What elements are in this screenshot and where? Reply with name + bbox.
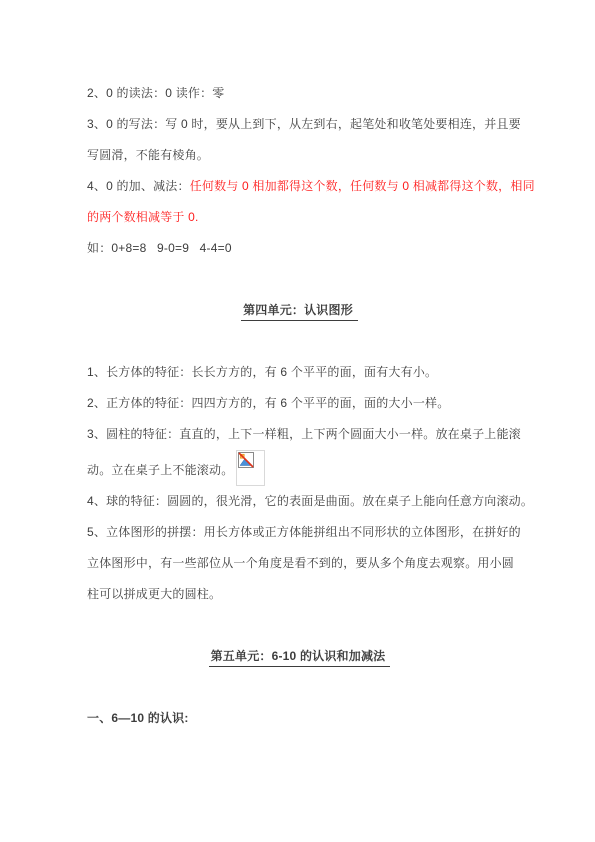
section-heading: 第四单元：认识图形 (87, 295, 512, 326)
section-heading-text: 第五单元：6-10 的认识和加减法 (209, 648, 391, 667)
line-text: 柱可以拼成更大的圆柱。 (87, 587, 221, 601)
body-text: 5、立体图形的拼摆：用长方体或正方体能拼组出不同形状的立体图形，在拼好的 (87, 525, 521, 539)
text-line: 柱可以拼成更大的圆柱。 (87, 579, 512, 610)
body-text: 动。立在桌子上不能滚动。 (87, 463, 233, 477)
body-text: 1、长方体的特征：长长方方的，有 6 个平平的面，面有大有小。 (87, 365, 437, 379)
line-text: 写圆滑，不能有棱角。 (87, 148, 209, 162)
text-line: 3、0 的写法：写 0 时，要从上到下，从左到右，起笔处和收笔处要相连，并且要 (87, 109, 512, 140)
body-text: 写圆滑，不能有棱角。 (87, 148, 209, 162)
document-body: 2、0 的读法：0 读作：零3、0 的写法：写 0 时，要从上到下，从左到右，起… (87, 78, 512, 734)
body-text: 4、球的特征：圆圆的，很光滑，它的表面是曲面。放在桌子上能向任意方向滚动。 (87, 494, 533, 508)
body-text: 3、0 的写法：写 0 时，要从上到下，从左到右，起笔处和收笔处要相连，并且要 (87, 117, 521, 131)
text-line: 动。立在桌子上不能滚动。 (87, 450, 512, 486)
line-text: 4、0 的加、减法：任何数与 0 相加都得这个数，任何数与 0 相减都得这个数，… (87, 179, 535, 193)
text-line: 立体图形中，有一些部位从一个角度是看不到的，要从多个角度去观察。用小圆 (87, 548, 512, 579)
line-text: 3、0 的写法：写 0 时，要从上到下，从左到右，起笔处和收笔处要相连，并且要 (87, 117, 521, 131)
line-text: 5、立体图形的拼摆：用长方体或正方体能拼组出不同形状的立体图形，在拼好的 (87, 525, 521, 539)
text-line: 2、正方体的特征：四四方方的，有 6 个平平的面，面的大小一样。 (87, 388, 512, 419)
text-line: 4、球的特征：圆圆的，很光滑，它的表面是曲面。放在桌子上能向任意方向滚动。 (87, 486, 512, 517)
line-text: 的两个数相减等于 0. (87, 210, 199, 224)
missing-image-placeholder (236, 450, 265, 486)
text-line: 的两个数相减等于 0. (87, 202, 512, 233)
text-line: 5、立体图形的拼摆：用长方体或正方体能拼组出不同形状的立体图形，在拼好的 (87, 517, 512, 548)
body-text: 柱可以拼成更大的圆柱。 (87, 587, 221, 601)
body-text: 如：0+8=8 9-0=9 4-4=0 (87, 241, 232, 255)
line-text: 立体图形中，有一些部位从一个角度是看不到的，要从多个角度去观察。用小圆 (87, 556, 514, 570)
text-line: 3、圆柱的特征：直直的，上下一样粗，上下两个圆面大小一样。放在桌子上能滚 (87, 419, 512, 450)
line-text: 动。立在桌子上不能滚动。 (87, 455, 233, 486)
document-page: 2、0 的读法：0 读作：零3、0 的写法：写 0 时，要从上到下，从左到右，起… (0, 0, 595, 842)
body-text: 立体图形中，有一些部位从一个角度是看不到的，要从多个角度去观察。用小圆 (87, 556, 514, 570)
line-text: 2、0 的读法：0 读作：零 (87, 86, 225, 100)
line-text: 一、6—10 的认识: (87, 711, 189, 725)
body-text: 2、正方体的特征：四四方方的，有 6 个平平的面，面的大小一样。 (87, 396, 449, 410)
line-text: 3、圆柱的特征：直直的，上下一样粗，上下两个圆面大小一样。放在桌子上能滚 (87, 427, 521, 441)
highlight-red-text: 的两个数相减等于 0. (87, 210, 199, 224)
text-line: 2、0 的读法：0 读作：零 (87, 78, 512, 109)
body-text: 4、0 的加、减法： (87, 179, 190, 193)
line-text: 2、正方体的特征：四四方方的，有 6 个平平的面，面的大小一样。 (87, 396, 449, 410)
text-line: 写圆滑，不能有棱角。 (87, 140, 512, 171)
broken-image-icon (238, 452, 254, 468)
line-text: 如：0+8=8 9-0=9 4-4=0 (87, 241, 232, 255)
highlight-red-text: 任何数与 0 相加都得这个数，任何数与 0 相减都得这个数，相同 (190, 179, 535, 193)
body-text: 2、0 的读法：0 读作：零 (87, 86, 225, 100)
body-text: 一、6—10 的认识: (87, 711, 189, 725)
text-line: 一、6—10 的认识: (87, 703, 512, 734)
text-line: 1、长方体的特征：长长方方的，有 6 个平平的面，面有大有小。 (87, 357, 512, 388)
line-text: 4、球的特征：圆圆的，很光滑，它的表面是曲面。放在桌子上能向任意方向滚动。 (87, 494, 533, 508)
line-text: 1、长方体的特征：长长方方的，有 6 个平平的面，面有大有小。 (87, 365, 437, 379)
section-heading-text: 第四单元：认识图形 (241, 302, 358, 321)
body-text: 3、圆柱的特征：直直的，上下一样粗，上下两个圆面大小一样。放在桌子上能滚 (87, 427, 521, 441)
text-line: 4、0 的加、减法：任何数与 0 相加都得这个数，任何数与 0 相减都得这个数，… (87, 171, 512, 202)
text-line: 如：0+8=8 9-0=9 4-4=0 (87, 233, 512, 264)
section-heading: 第五单元：6-10 的认识和加减法 (87, 641, 512, 672)
